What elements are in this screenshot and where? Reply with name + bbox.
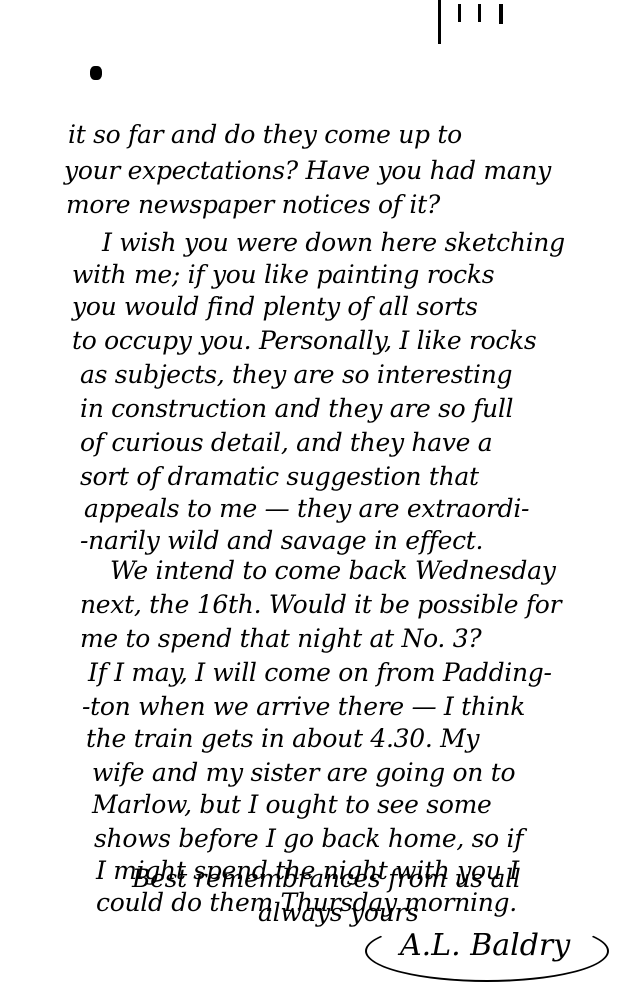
letter-line: it so far and do they come up to [68, 122, 462, 147]
letter-page: it so far and do they come up to your ex… [0, 0, 622, 1000]
letter-line: Marlow, but I ought to see some [92, 792, 492, 817]
letter-line: -ton when we arrive there — I think [82, 694, 525, 719]
letter-line: to occupy you. Personally, I like rocks [72, 328, 536, 353]
letter-line: with me; if you like painting rocks [72, 262, 494, 287]
ink-blot [90, 66, 102, 80]
letter-line: in construction and they are so full [80, 396, 513, 421]
letter-line: appeals to me — they are extraordi- [84, 496, 529, 521]
letter-line: I wish you were down here sketching [102, 230, 565, 255]
letter-line: you would find plenty of all sorts [72, 294, 478, 319]
letter-line: We intend to come back Wednesday [110, 558, 556, 583]
letter-line: as subjects, they are so interesting [80, 362, 512, 387]
letter-line: sort of dramatic suggestion that [80, 464, 479, 489]
signature: A.L. Baldry [400, 928, 570, 963]
ink-mark [499, 4, 503, 24]
closing-line: always yours [258, 900, 419, 925]
letter-line: your expectations? Have you had many [64, 158, 551, 183]
ink-mark [478, 4, 481, 22]
letter-line: the train gets in about 4.30. My [86, 726, 479, 751]
letter-line: next, the 16th. Would it be possible for [80, 592, 561, 617]
letter-line: of curious detail, and they have a [80, 430, 492, 455]
letter-line: wife and my sister are going on to [92, 760, 515, 785]
letter-line: more newspaper notices of it? [66, 192, 440, 217]
letter-line: If I may, I will come on from Padding- [88, 660, 552, 685]
best-remembrances: Best remembrances from us all [132, 866, 520, 891]
ink-mark [458, 4, 461, 22]
letter-line: shows before I go back home, so if [94, 826, 523, 851]
letter-line: -narily wild and savage in effect. [80, 528, 483, 553]
letter-line: me to spend that night at No. 3? [80, 626, 481, 651]
ink-mark [438, 0, 441, 44]
